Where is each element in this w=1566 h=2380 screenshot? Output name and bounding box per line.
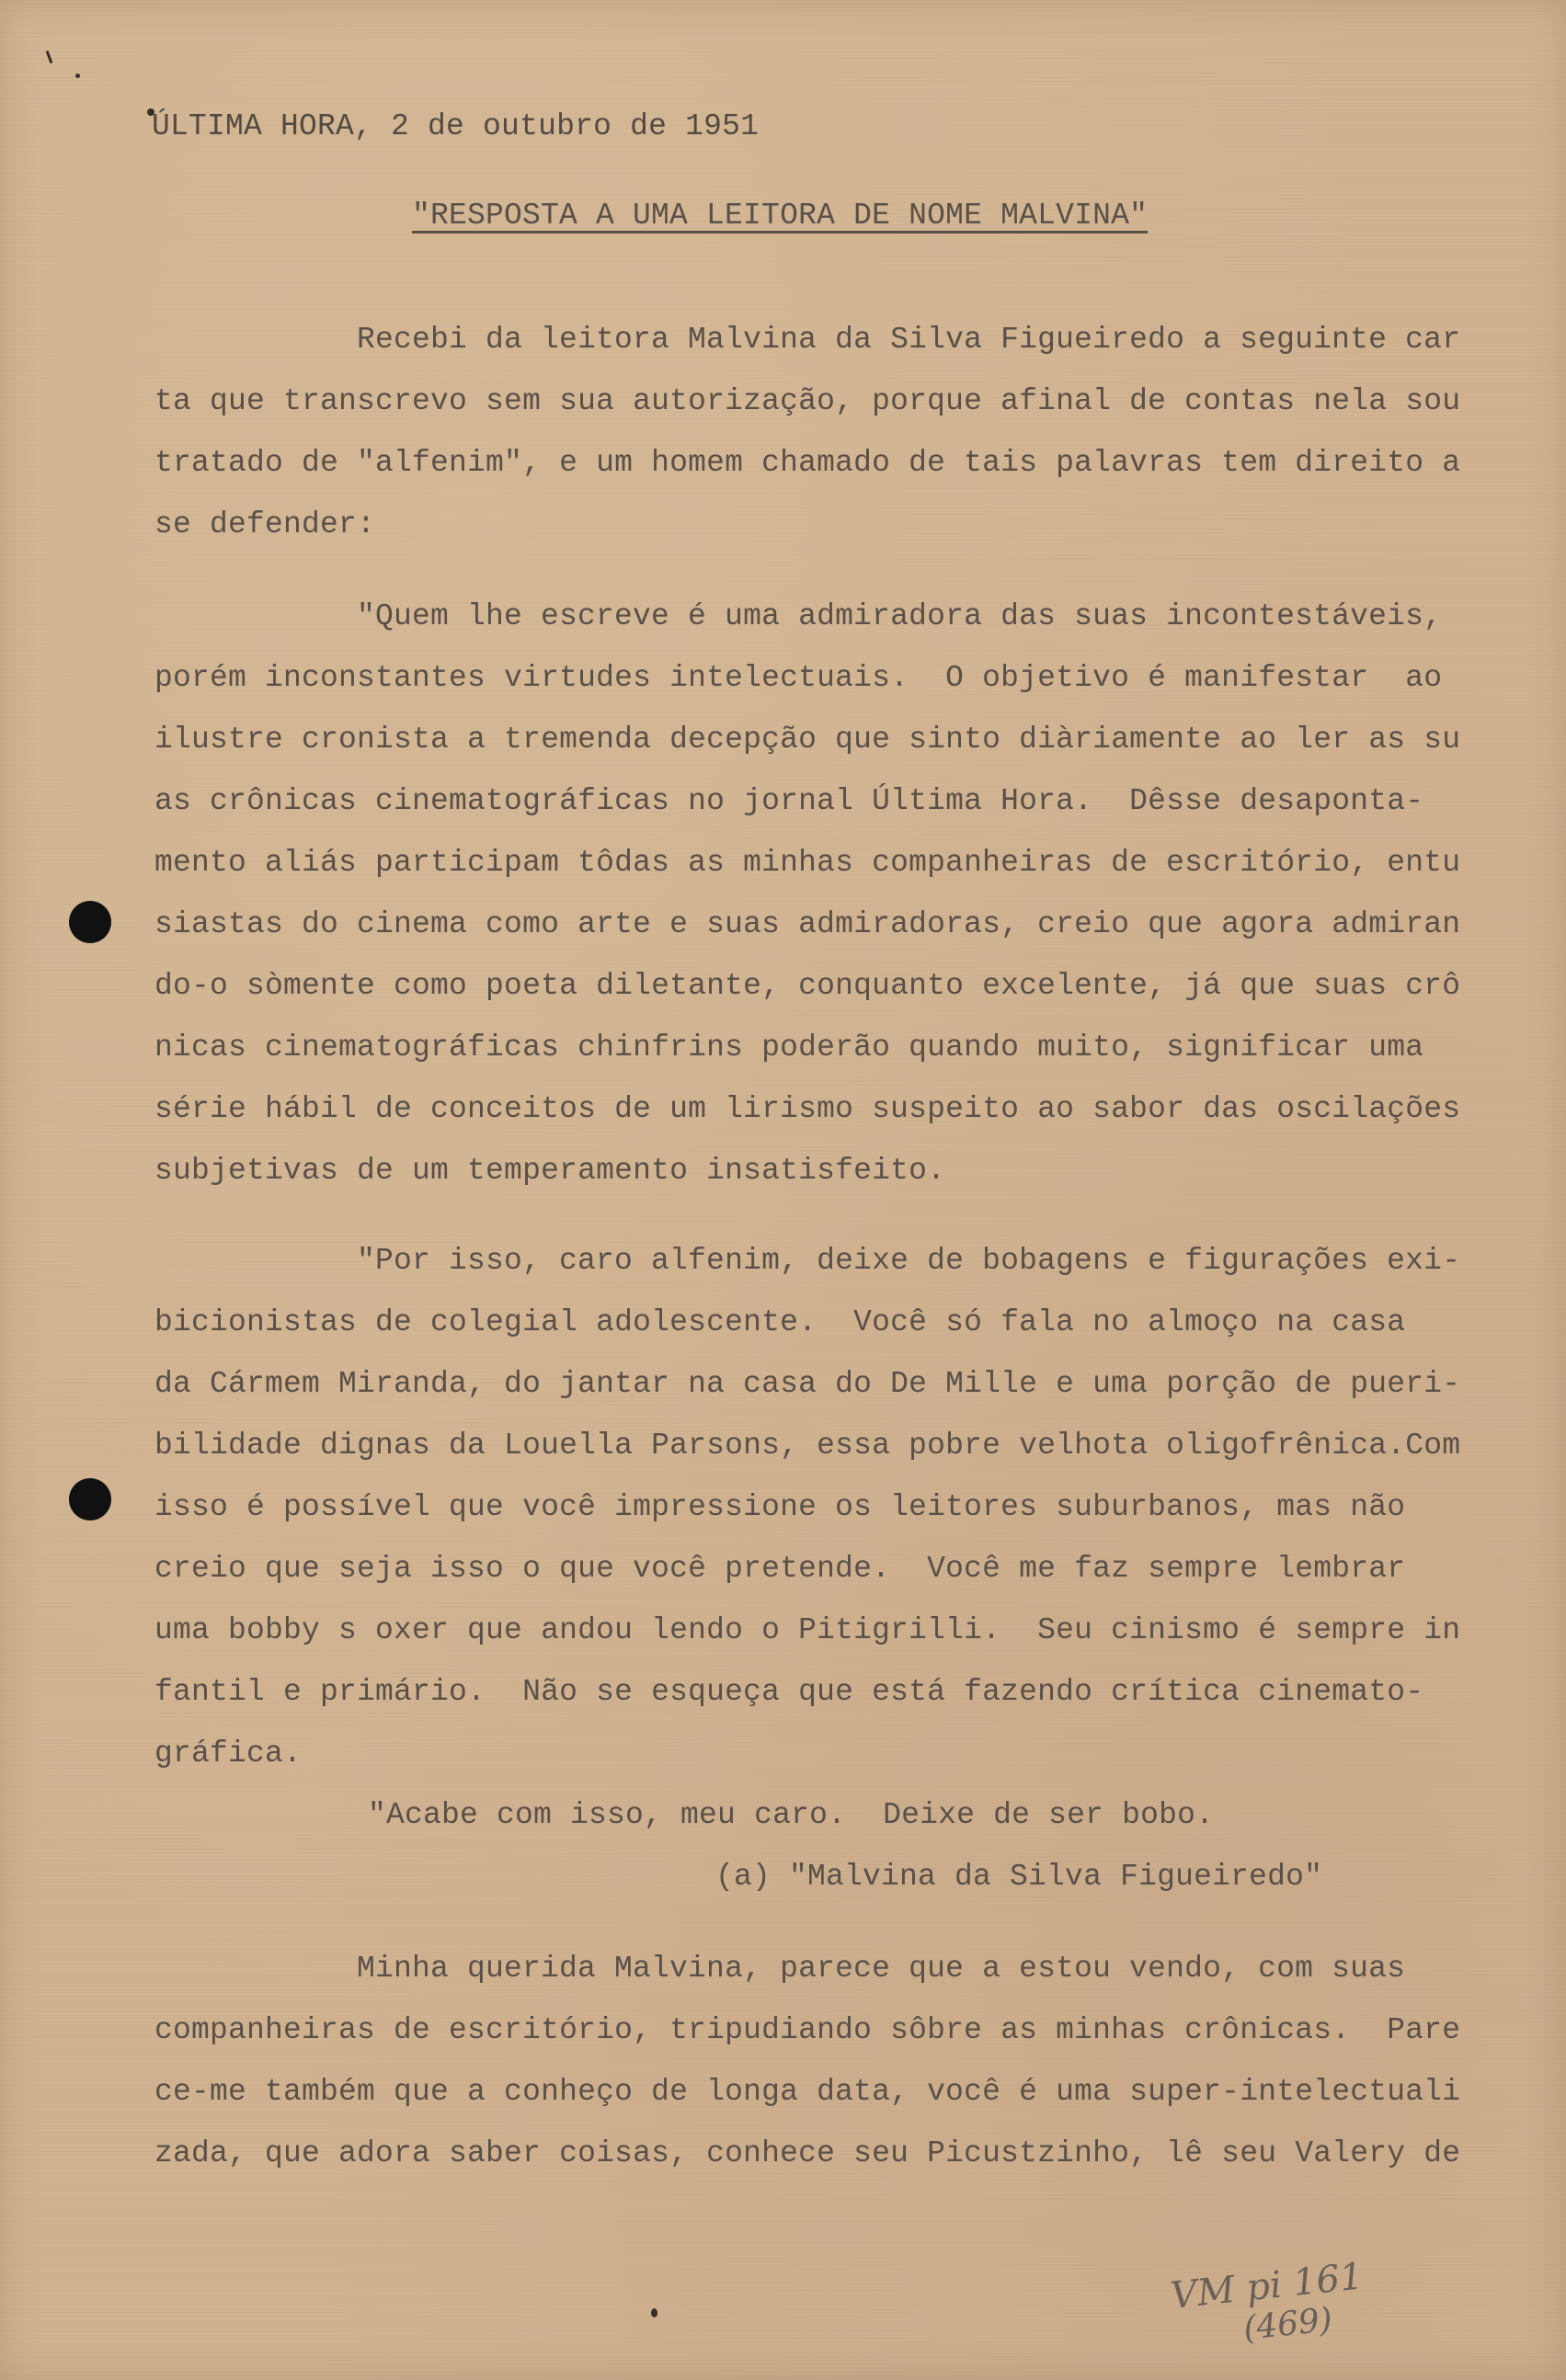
ink-mark [75,74,80,78]
letter-paragraph-2-line-3: da Cármem Miranda, do jantar na casa do … [154,1366,1460,1403]
document-page: ÚLTIMA HORA, 2 de outubro de 1951 "RESPO… [0,0,1566,2380]
ink-mark [651,2308,657,2317]
punch-hole-bottom [69,1478,111,1520]
letter-paragraph-2-line-7: uma bobby s oxer que andou lendo o Pitig… [154,1612,1460,1649]
letter-paragraph-2-line-6: creio que seja isso o que você pretende.… [154,1551,1405,1588]
letter-paragraph-1-line-9: série hábil de conceitos de um lirismo s… [154,1091,1460,1128]
reply-paragraph-line-3: ce-me também que a conheço de longa data… [154,2074,1460,2111]
letter-signature: (a) "Malvina da Silva Figueiredo" [715,1859,1322,1896]
punch-hole-top [69,901,111,943]
letter-paragraph-2-line-1: "Por isso, caro alfenim, deixe de bobage… [357,1243,1460,1280]
paragraph-1-line-4: se defender: [154,507,375,543]
paragraph-1-line-2: ta que transcrevo sem sua autorização, p… [154,383,1460,420]
letter-paragraph-1-line-8: nicas cinematográficas chinfrins poderão… [154,1030,1423,1066]
letter-paragraph-2-line-5: isso é possível que você impressione os … [154,1489,1405,1526]
letter-paragraph-1-line-10: subjetivas de um temperamento insatisfei… [154,1153,945,1190]
letter-paragraph-1-line-2: porém inconstantes virtudes intelectuais… [154,660,1442,697]
paragraph-1-line-3: tratado de "alfenim", e um homem chamado… [154,445,1460,482]
reply-paragraph-line-4: zada, que adora saber coisas, conhece se… [154,2135,1460,2172]
letter-paragraph-1-line-7: do-o sòmente como poeta diletante, conqu… [154,968,1460,1005]
letter-paragraph-1-line-5: mento aliás participam tôdas as minhas c… [154,845,1460,882]
letter-paragraph-2-line-9: gráfica. [154,1736,302,1772]
letter-paragraph-1-line-4: as crônicas cinematográficas no jornal Ú… [154,783,1423,820]
handwritten-archive-annotation: VM pi 161 (469) [1169,2256,1369,2356]
letter-paragraph-2-line-4: bilidade dignas da Louella Parsons, essa… [154,1428,1460,1464]
letter-paragraph-1-line-3: ilustre cronista a tremenda decepção que… [154,722,1460,758]
letter-closing-line: "Acabe com isso, meu caro. Deixe de ser … [368,1797,1214,1834]
reply-paragraph-line-2: companheiras de escritório, tripudiando … [154,2012,1460,2049]
letter-paragraph-1-line-6: siastas do cinema como arte e suas admir… [154,906,1460,943]
letter-paragraph-2-line-2: bicionistas de colegial adolescente. Voc… [154,1304,1405,1341]
reply-paragraph-line-1: Minha querida Malvina, parece que a esto… [357,1951,1405,1987]
newspaper-date-header: ÚLTIMA HORA, 2 de outubro de 1951 [152,108,759,145]
paragraph-1-line-1: Recebi da leitora Malvina da Silva Figue… [357,322,1460,359]
letter-paragraph-2-line-8: fantil e primário. Não se esqueça que es… [154,1674,1423,1711]
ink-mark [46,51,53,63]
letter-paragraph-1-line-1: "Quem lhe escreve é uma admiradora das s… [357,598,1442,635]
article-title: "RESPOSTA A UMA LEITORA DE NOME MALVINA" [412,198,1148,234]
